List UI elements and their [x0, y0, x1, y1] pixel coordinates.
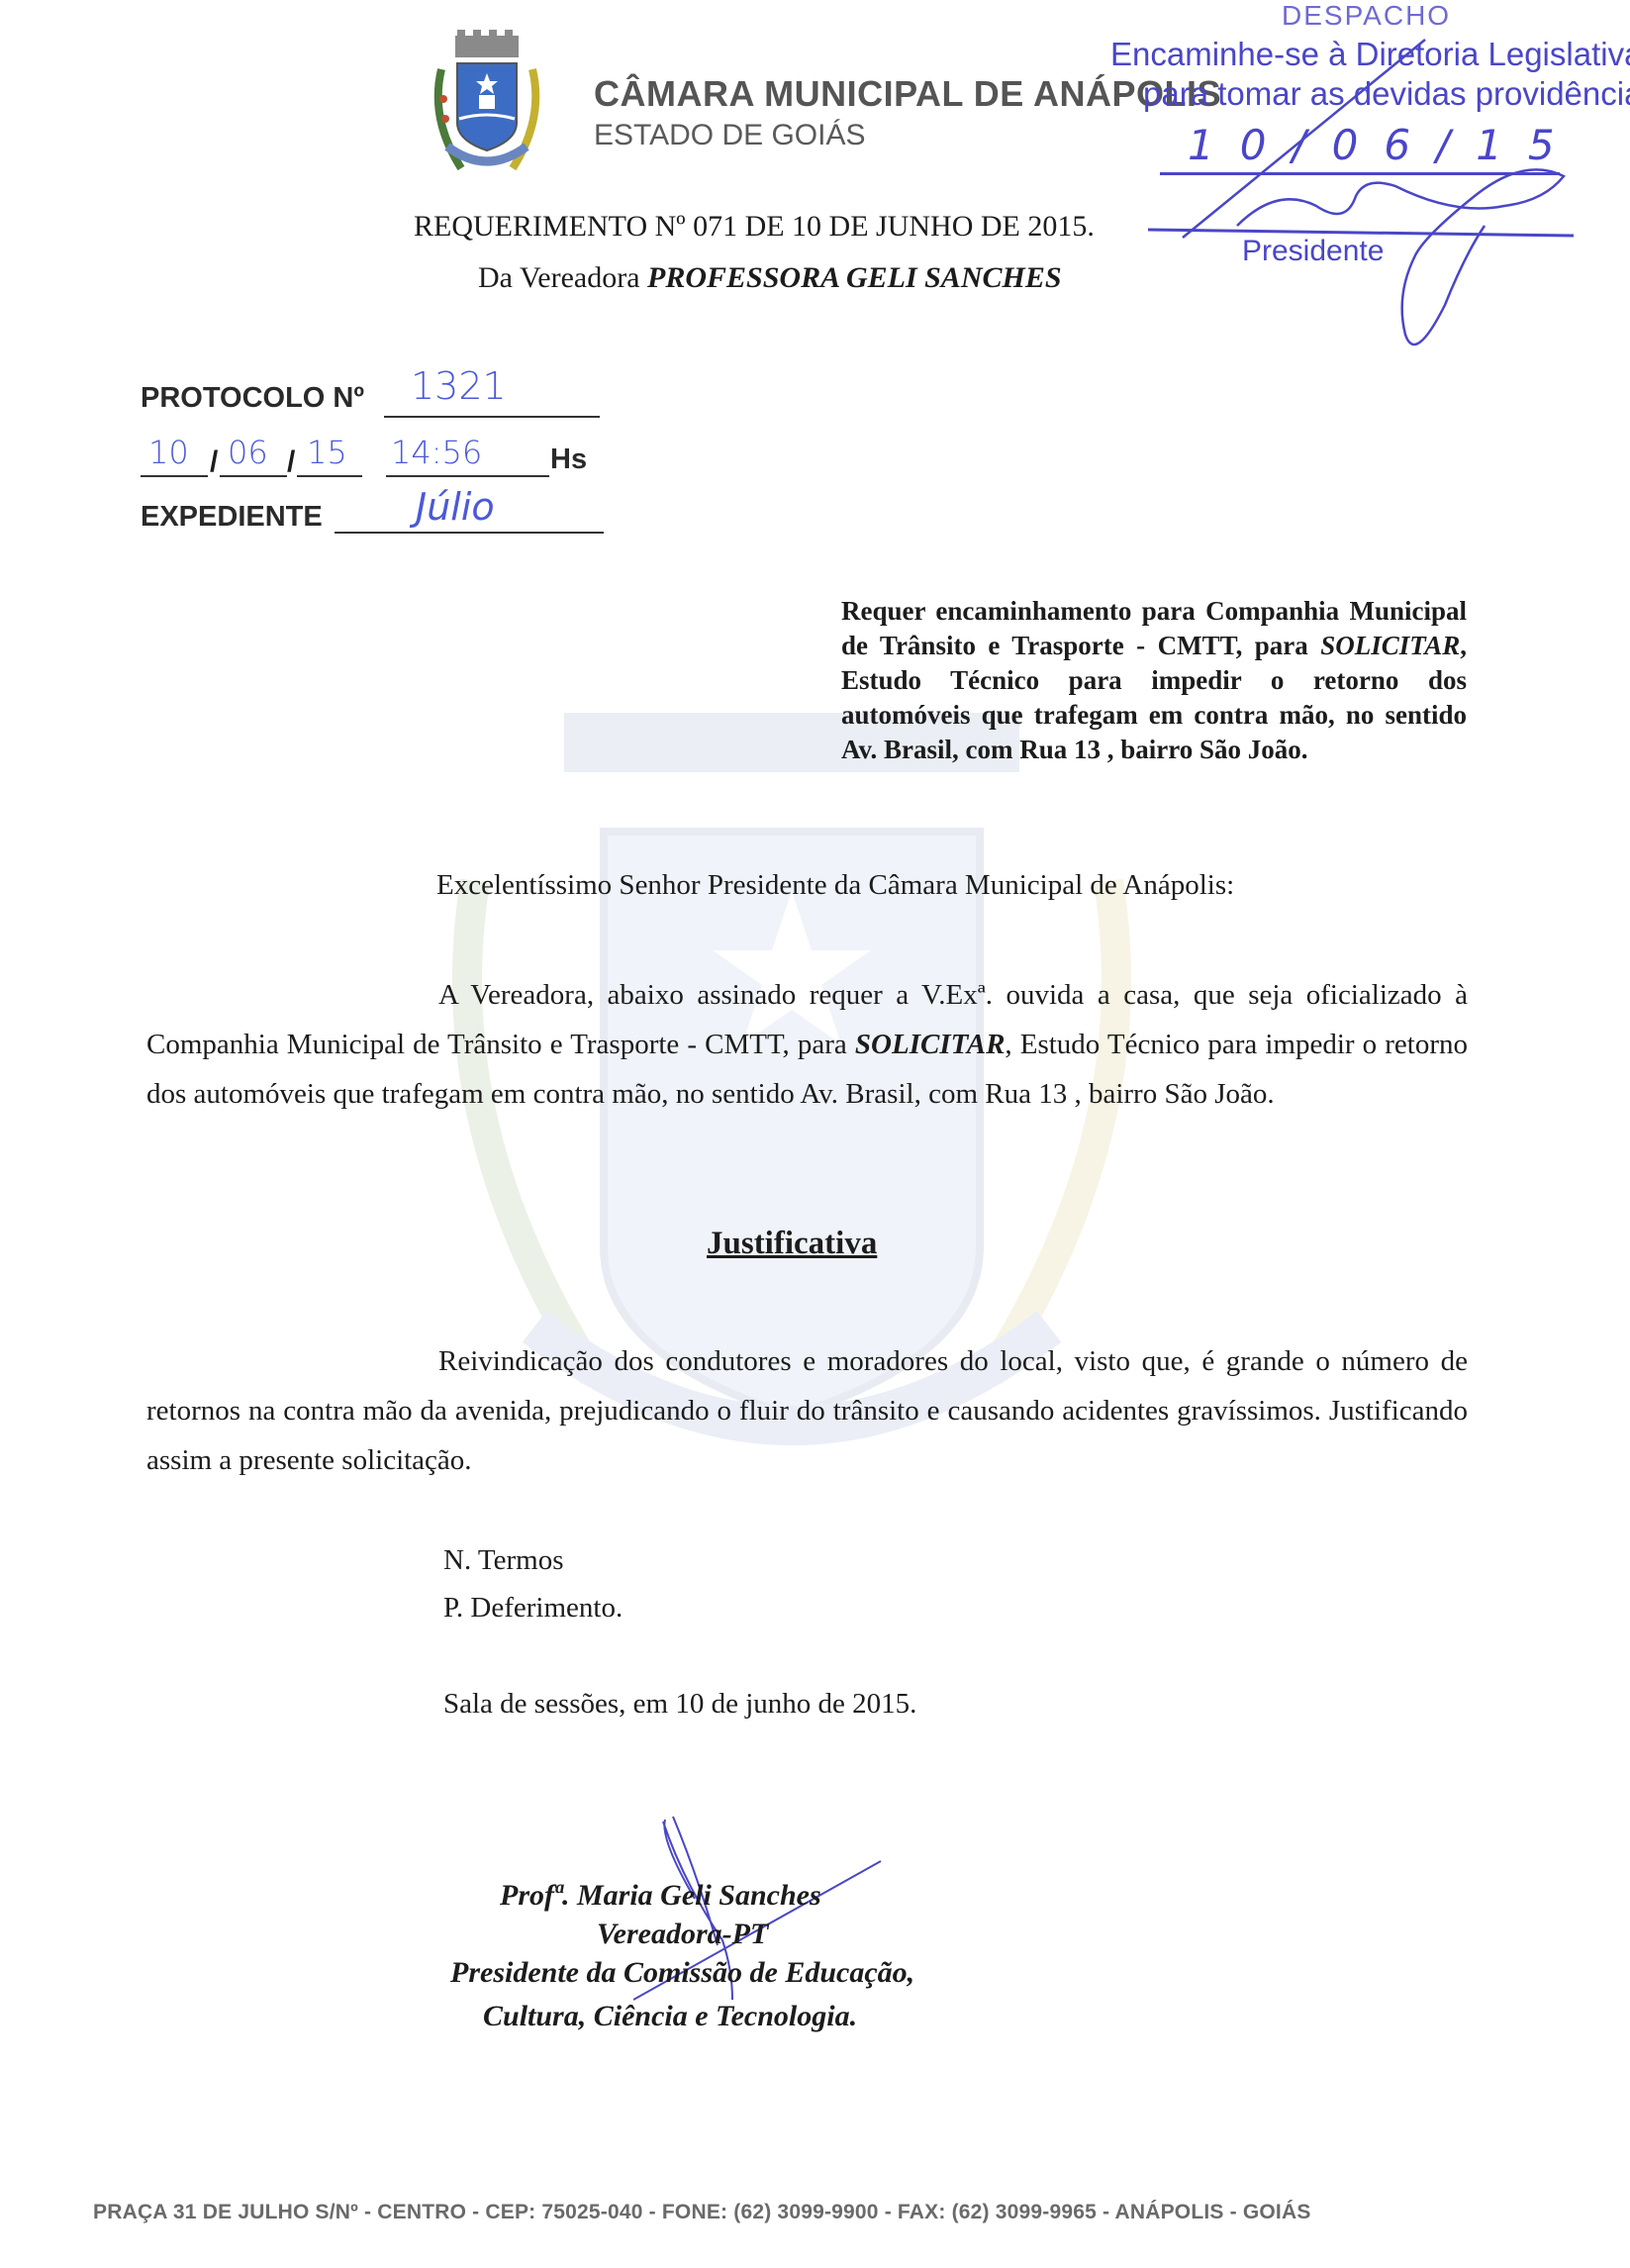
- expediente-label: EXPEDIENTE: [141, 501, 323, 534]
- date-separator: /: [287, 445, 295, 479]
- expediente-value: Júlio: [416, 485, 495, 529]
- signatory-role-line1: Presidente da Comissão de Educação,: [450, 1956, 914, 1990]
- author-name: PROFESSORA GELI SANCHES: [647, 261, 1062, 294]
- paragraph-emphasis: SOLICITAR: [855, 1029, 1006, 1060]
- author-prefix: Da Vereadora: [478, 261, 647, 294]
- request-paragraph: A Vereadora, abaixo assinado requer a V.…: [146, 970, 1468, 1119]
- expediente-line: [335, 532, 604, 534]
- signatory-office: Vereadora-PT: [597, 1918, 768, 1951]
- request-author: Da Vereadora PROFESSORA GELI SANCHES: [478, 261, 1062, 295]
- request-summary: Requer encaminhamento para Companhia Mun…: [841, 594, 1467, 767]
- state-name: ESTADO DE GOIÁS: [594, 119, 866, 152]
- time-line: [386, 475, 549, 477]
- signatory-role-line2: Cultura, Ciência e Tecnologia.: [483, 2000, 857, 2033]
- time-suffix: Hs: [550, 444, 587, 476]
- protocol-number-line: [384, 416, 600, 418]
- protocol-date-year: 15: [307, 434, 347, 471]
- justification-heading: Justificativa: [707, 1226, 877, 1262]
- greeting: Excelentíssimo Senhor Presidente da Câma…: [436, 869, 1234, 902]
- protocol-date-day: 10: [148, 434, 189, 471]
- justification-paragraph: Reivindicação dos condutores e moradores…: [146, 1336, 1468, 1485]
- closing-deferimento: P. Deferimento.: [443, 1592, 623, 1625]
- date-year-line: [297, 475, 362, 477]
- request-title: REQUERIMENTO Nº 071 DE 10 DE JUNHO DE 20…: [414, 210, 1095, 244]
- closing-termos: N. Termos: [443, 1544, 563, 1577]
- protocol-label: PROTOCOLO Nº: [141, 382, 364, 415]
- date-separator: /: [210, 445, 218, 479]
- city-crest-logo: [428, 30, 546, 180]
- protocol-time: 14:56: [391, 434, 482, 471]
- date-month-line: [220, 475, 287, 477]
- place-date: Sala de sessões, em 10 de junho de 2015.: [443, 1688, 916, 1721]
- footer-address: PRAÇA 31 DE JULHO S/Nº - CENTRO - CEP: 7…: [93, 2201, 1311, 2224]
- date-day-line: [141, 475, 208, 477]
- summary-emphasis: SOLICITAR: [1320, 631, 1460, 660]
- president-signature: [1089, 0, 1630, 356]
- protocol-number: 1321: [411, 364, 507, 408]
- protocol-date-month: 06: [228, 434, 268, 471]
- signatory-name: Profª. Maria Geli Sanches: [500, 1879, 821, 1913]
